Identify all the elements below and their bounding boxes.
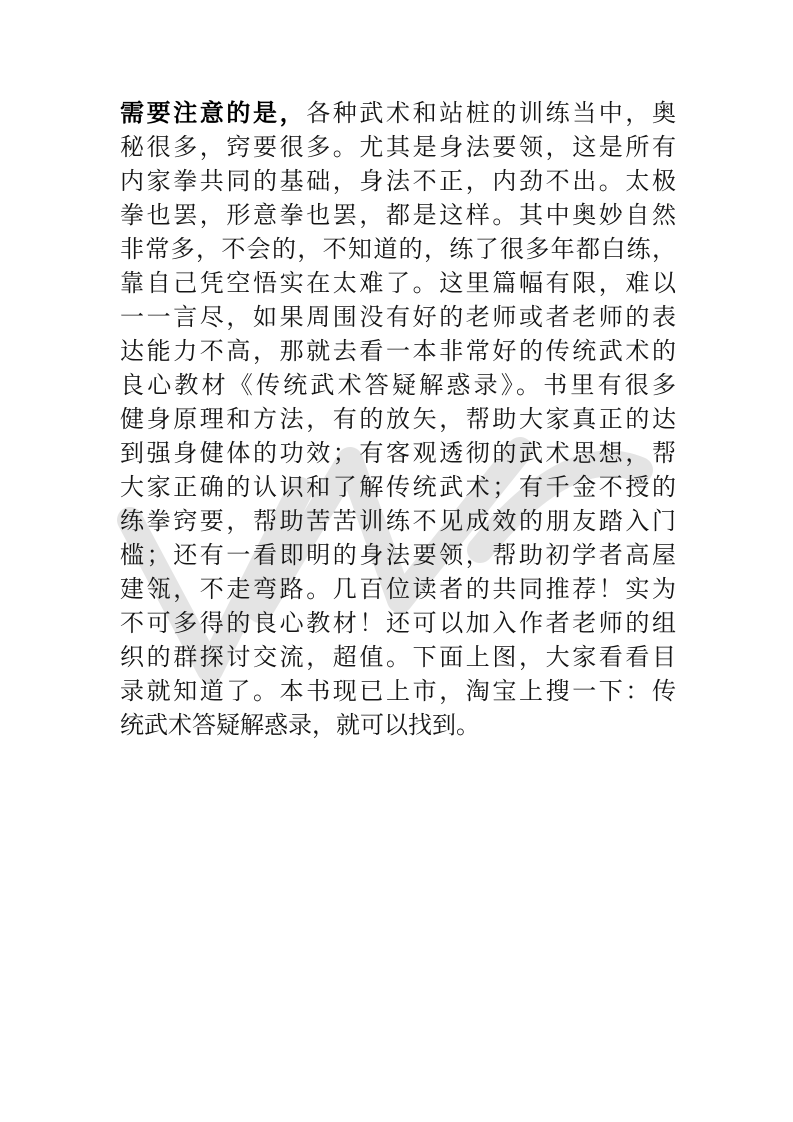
paragraph-line: 槛；还有一看即明的身法要领，帮助初学者高屋 xyxy=(120,538,676,572)
paragraph-line: 大家正确的认识和了解传统武术；有千金不授的 xyxy=(120,470,676,504)
paragraph-line: 达能力不高，那就去看一本非常好的传统武术的 xyxy=(120,334,676,368)
paragraph-line: 健身原理和方法，有的放矢，帮助大家真正的达 xyxy=(120,402,676,436)
paragraph-line: 不可多得的良心教材！还可以加入作者老师的组 xyxy=(120,606,676,640)
paragraph-line: 织的群探讨交流，超值。下面上图，大家看看目 xyxy=(120,640,676,674)
document-page: 需要注意的是，各种武术和站桩的训练当中，奥 秘很多，窍要很多。尤其是身法要领，这… xyxy=(0,0,793,1122)
paragraph-line: 内家拳共同的基础，身法不正，内劲不出。太极 xyxy=(120,164,676,198)
paragraph-line: 靠自己凭空悟实在太难了。这里篇幅有限，难以 xyxy=(120,266,676,300)
paragraph-line: 拳也罢，形意拳也罢，都是这样。其中奥妙自然 xyxy=(120,198,676,232)
paragraph-line: 良心教材《传统武术答疑解惑录》。书里有很多 xyxy=(120,368,676,402)
paragraph-line: 录就知道了。本书现已上市，淘宝上搜一下：传 xyxy=(120,674,676,708)
paragraph-line-1: 需要注意的是，各种武术和站桩的训练当中，奥 xyxy=(120,96,676,130)
paragraph-line: 建瓴，不走弯路。几百位读者的共同推荐！实为 xyxy=(120,572,676,606)
paragraph-line: 非常多，不会的，不知道的，练了很多年都白练， xyxy=(120,232,676,266)
line-text: 各种武术和站桩的训练当中，奥 xyxy=(306,99,676,127)
emphasis-lead: 需要注意的是， xyxy=(120,98,306,127)
document-body: 需要注意的是，各种武术和站桩的训练当中，奥 秘很多，窍要很多。尤其是身法要领，这… xyxy=(120,96,676,742)
paragraph-line: 练拳窍要，帮助苦苦训练不见成效的朋友踏入门 xyxy=(120,504,676,538)
paragraph-line: 秘很多，窍要很多。尤其是身法要领，这是所有 xyxy=(120,130,676,164)
paragraph-line: 一一言尽，如果周围没有好的老师或者老师的表 xyxy=(120,300,676,334)
paragraph-line: 到强身健体的功效；有客观透彻的武术思想，帮 xyxy=(120,436,676,470)
paragraph-line-last: 统武术答疑解惑录，就可以找到。 xyxy=(120,708,676,742)
